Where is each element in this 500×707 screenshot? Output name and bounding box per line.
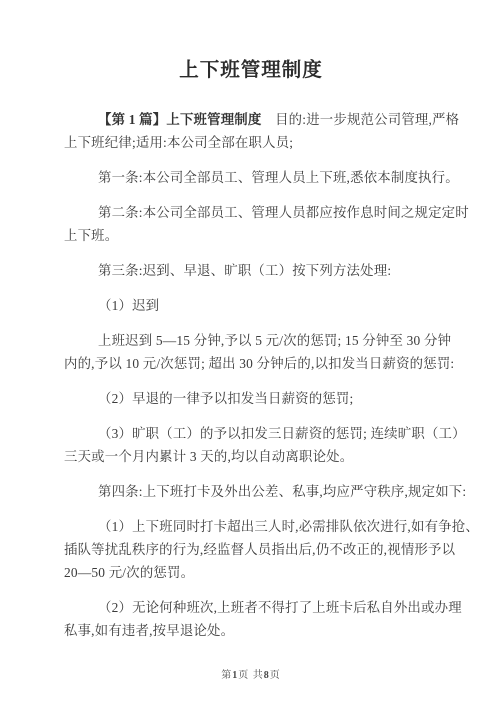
paragraph: （1）迟到 <box>64 294 438 317</box>
text-line: 内的,予以 10 元/次惩罚; 超出 30 分钟后的,以扣发当日薪资的惩罚: <box>64 352 438 375</box>
text-line: 三天或一个月内累计 3 天的,均以自动离职论处。 <box>64 445 438 468</box>
paragraph: 第一条:本公司全部员工、管理人员上下班,悉依本制度执行。 <box>64 166 438 189</box>
footer-label: 第 <box>221 670 232 681</box>
text-line: 【第 1 篇】上下班管理制度 目的:进一步规范公司管理,严格 <box>64 108 438 131</box>
page-title: 上下班管理制度 <box>64 58 438 84</box>
footer-label: 页 <box>270 670 281 681</box>
paragraph: （2）早退的一律予以扣发当日薪资的惩罚; <box>64 387 438 410</box>
text-line: 插队等扰乱秩序的行为,经监督人员指出后,仍不改正的,视情形予以 <box>64 538 438 561</box>
text-segment: 目的:进一步规范公司管理,严格 <box>262 112 460 127</box>
page-footer: 第1页 共8页 <box>64 666 438 681</box>
text-line: 20—50 元/次的惩罚。 <box>64 561 438 584</box>
text-line: 第二条:本公司全部员工、管理人员都应按作息时间之规定定时 <box>64 201 438 224</box>
paragraph: （2）无论何种班次,上班者不得打了上班卡后私自外出或办理 私事,如有违者,按早退… <box>64 596 438 642</box>
paragraph: 第三条:迟到、早退、旷职（工）按下列方法处理: <box>64 259 438 282</box>
text-line: 第一条:本公司全部员工、管理人员上下班,悉依本制度执行。 <box>64 166 438 189</box>
document-page: 上下班管理制度 【第 1 篇】上下班管理制度 目的:进一步规范公司管理,严格 上… <box>0 0 500 681</box>
text-line: 上班迟到 5—15 分钟,予以 5 元/次的惩罚; 15 分钟至 30 分钟 <box>64 329 438 352</box>
paragraph: 第二条:本公司全部员工、管理人员都应按作息时间之规定定时 上下班。 <box>64 201 438 247</box>
text-line: （3）旷职（工）的予以扣发三日薪资的惩罚; 连续旷职（工） <box>64 422 438 445</box>
text-line: 私事,如有违者,按早退论处。 <box>64 619 438 642</box>
paragraph-lead-label: 【第 1 篇】上下班管理制度 <box>98 112 262 127</box>
text-line: 第三条:迟到、早退、旷职（工）按下列方法处理: <box>64 259 438 282</box>
footer-label: 页 共 <box>238 670 264 681</box>
text-line: 上下班。 <box>64 224 438 247</box>
paragraph: 上班迟到 5—15 分钟,予以 5 元/次的惩罚; 15 分钟至 30 分钟 内… <box>64 329 438 375</box>
text-line: 第四条:上下班打卡及外出公差、私事,均应严守秩序,规定如下: <box>64 480 438 503</box>
paragraph: 【第 1 篇】上下班管理制度 目的:进一步规范公司管理,严格 上下班纪律;适用:… <box>64 108 438 154</box>
paragraph: 第四条:上下班打卡及外出公差、私事,均应严守秩序,规定如下: <box>64 480 438 503</box>
text-line: 上下班纪律;适用:本公司全部在职人员; <box>64 131 438 154</box>
paragraph: （1）上下班同时打卡超出三人时,必需排队依次进行,如有争抢、 插队等扰乱秩序的行… <box>64 515 438 584</box>
text-line: （1）上下班同时打卡超出三人时,必需排队依次进行,如有争抢、 <box>64 515 438 538</box>
text-line: （2）无论何种班次,上班者不得打了上班卡后私自外出或办理 <box>64 596 438 619</box>
text-line: （2）早退的一律予以扣发当日薪资的惩罚; <box>64 387 438 410</box>
text-line: （1）迟到 <box>64 294 438 317</box>
paragraph: （3）旷职（工）的予以扣发三日薪资的惩罚; 连续旷职（工） 三天或一个月内累计 … <box>64 422 438 468</box>
